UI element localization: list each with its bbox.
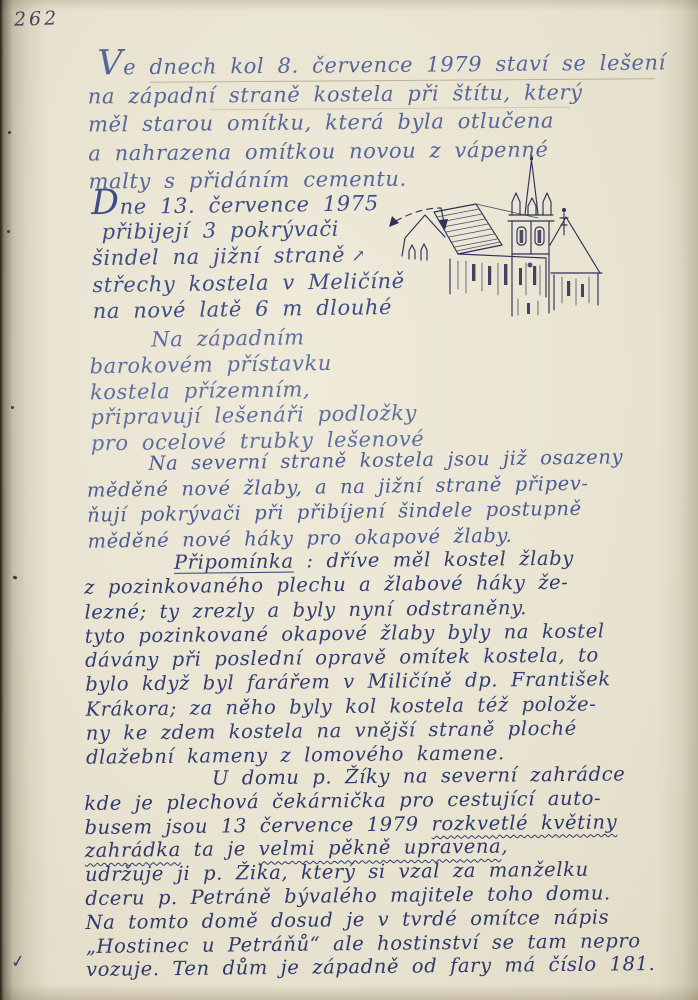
underlined-word: zahrádka	[85, 838, 181, 862]
handwritten-line: Dne 13. července 1975	[91, 191, 404, 221]
margin-ink-dot	[8, 131, 11, 134]
margin-ink-dot	[13, 575, 18, 579]
chancel	[550, 208, 602, 310]
page-number: 262	[14, 7, 60, 31]
church-tower	[508, 156, 554, 316]
handwritten-line-text: ta je	[181, 838, 259, 862]
handwritten-line: vozuje. Ten dům je západně od fary má čí…	[86, 952, 656, 982]
arrow-up-right-icon: ↗	[345, 246, 366, 266]
margin-checkmark: ✓	[10, 951, 27, 973]
handwritten-line: Ve dnech kol 8. července 1979 staví se l…	[87, 48, 666, 82]
chronicle-page: 262 Ve dnech kol 8. července 1979 staví …	[0, 0, 698, 1000]
handwritten-line: na nové latě 6 m dlouhé	[93, 294, 406, 324]
underlined-phrase: velmi pěkně upravena	[259, 835, 502, 861]
handwritten-line-text: busem jsou 13 července 1979	[84, 812, 431, 839]
nave-wall	[450, 254, 546, 297]
underlined-phrase: rozkvetlé květiny	[431, 810, 617, 835]
paragraph-roofers-shingles: Dne 13. července 1975 přibijejí 3 pokrýv…	[91, 191, 405, 324]
margin-ink-dot	[7, 230, 10, 233]
church-sketch	[388, 155, 624, 331]
paragraph-copper-gutters: Na severní straně kostela jsou již osaze…	[86, 444, 624, 554]
paragraph-note-old-gutters: Připomínka : dříve měl kostel žlaby z po…	[84, 546, 612, 770]
handwritten-line-text: : dříve měl kostel žlaby	[293, 547, 573, 573]
handwritten-line-text: ,	[501, 835, 508, 858]
shingled-roof	[434, 204, 538, 254]
paragraph-baroque-annex: Na západním barokovém přístavku kostela …	[89, 324, 424, 458]
handwritten-line: šindel na jižní straně↗	[92, 242, 405, 274]
church-sketch-drawing	[388, 155, 624, 327]
underlined-word: Připomínka	[174, 550, 294, 574]
handwritten-line: na západní straně kostela při štítu, kte…	[88, 77, 667, 111]
handwritten-line-text: šindel na jižní straně	[92, 242, 345, 270]
margin-ink-dot	[11, 406, 14, 409]
nave-gable	[402, 215, 445, 260]
paragraph-zika-garden: U domu p. Žíky na severní zahrádce kde j…	[84, 762, 656, 982]
handwritten-line: střechy kostela v Meličíně	[92, 269, 405, 299]
